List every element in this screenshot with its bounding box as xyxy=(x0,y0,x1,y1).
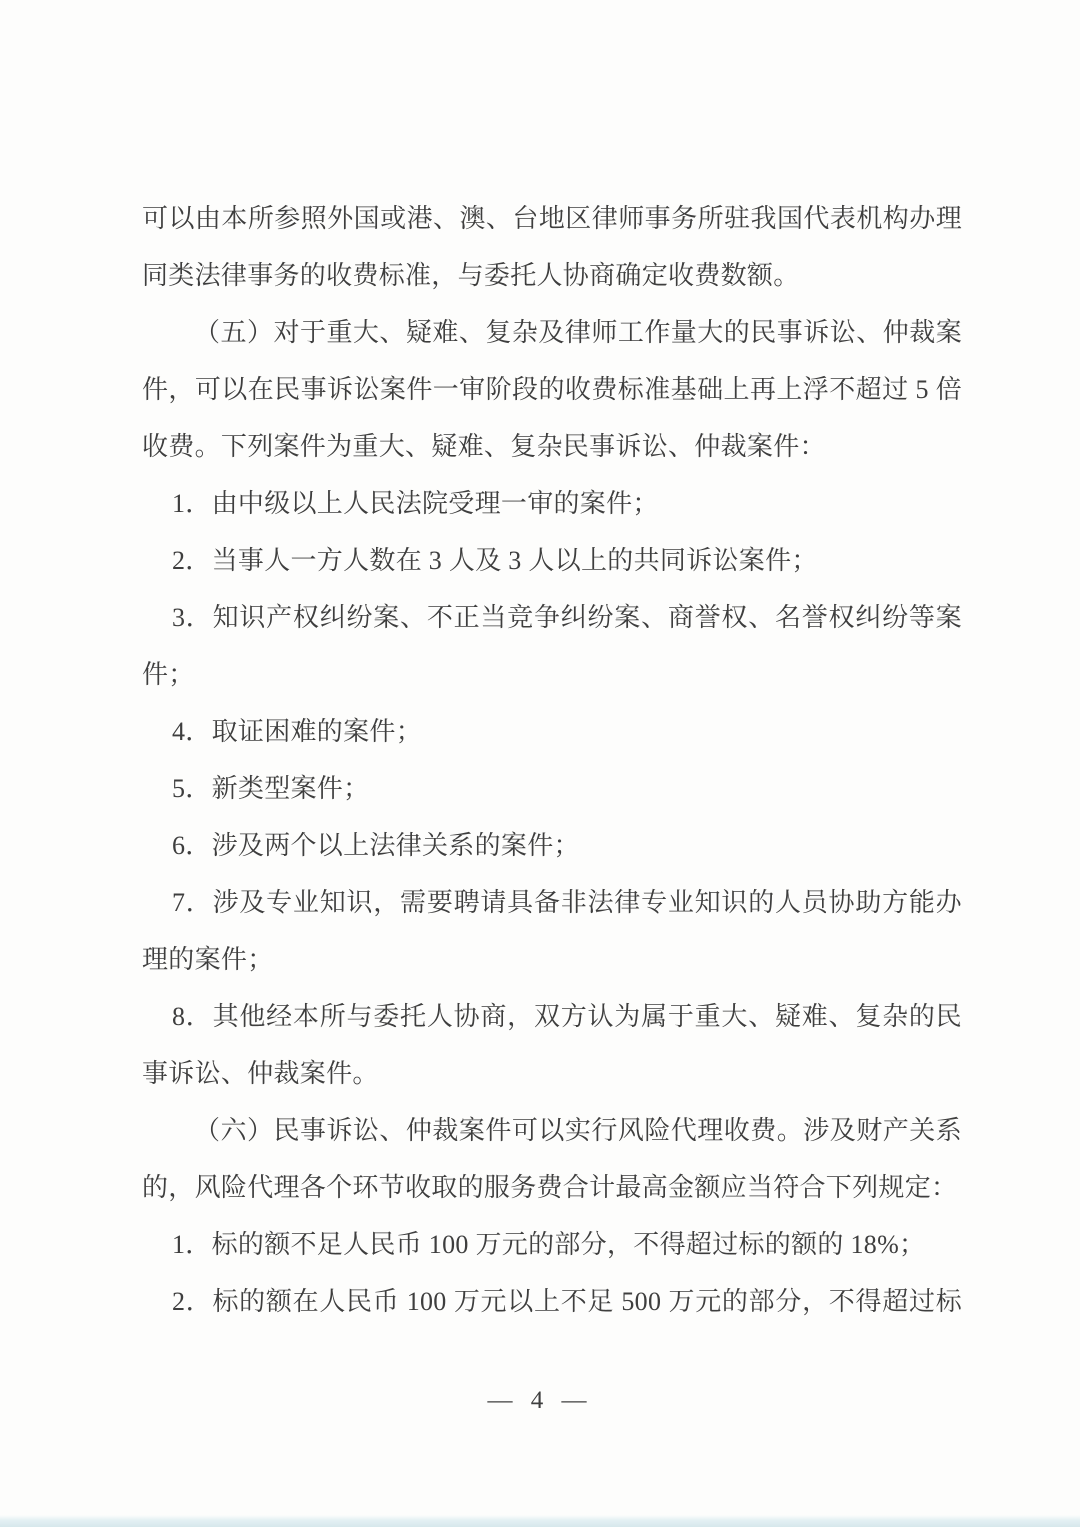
text-line: 可以由本所参照外国或港、澳、台地区律师事务所驻我国代表机构办理 xyxy=(142,190,962,247)
text-line: 收费。下列案件为重大、疑难、复杂民事诉讼、仲裁案件： xyxy=(142,418,962,475)
scanned-document-page: 可以由本所参照外国或港、澳、台地区律师事务所驻我国代表机构办理同类法律事务的收费… xyxy=(0,0,1080,1527)
text-line: 5．新类型案件； xyxy=(142,760,962,817)
document-text-block: 可以由本所参照外国或港、澳、台地区律师事务所驻我国代表机构办理同类法律事务的收费… xyxy=(142,190,962,1330)
text-line: 1．标的额不足人民币 100 万元的部分，不得超过标的额的 18%； xyxy=(142,1216,962,1273)
text-line: （六）民事诉讼、仲裁案件可以实行风险代理收费。涉及财产关系 xyxy=(142,1102,962,1159)
text-line: 2．当事人一方人数在 3 人及 3 人以上的共同诉讼案件； xyxy=(142,532,962,589)
text-line: 件； xyxy=(142,646,962,703)
text-line: 同类法律事务的收费标准，与委托人协商确定收费数额。 xyxy=(142,247,962,304)
text-line: 4．取证困难的案件； xyxy=(142,703,962,760)
page-number: — 4 — xyxy=(0,1372,1080,1429)
text-line: 件，可以在民事诉讼案件一审阶段的收费标准基础上再上浮不超过 5 倍 xyxy=(142,361,962,418)
text-line: 1．由中级以上人民法院受理一审的案件； xyxy=(142,475,962,532)
text-line: 3．知识产权纠纷案、不正当竞争纠纷案、商誉权、名誉权纠纷等案 xyxy=(142,589,962,646)
text-line: 的，风险代理各个环节收取的服务费合计最高金额应当符合下列规定： xyxy=(142,1159,962,1216)
text-line: 6．涉及两个以上法律关系的案件； xyxy=(142,817,962,874)
text-line: 理的案件； xyxy=(142,931,962,988)
text-line: 2．标的额在人民币 100 万元以上不足 500 万元的部分，不得超过标 xyxy=(142,1273,962,1330)
scan-edge-band xyxy=(0,1515,1080,1527)
text-line: （五）对于重大、疑难、复杂及律师工作量大的民事诉讼、仲裁案 xyxy=(142,304,962,361)
text-line: 事诉讼、仲裁案件。 xyxy=(142,1045,962,1102)
text-line: 7．涉及专业知识，需要聘请具备非法律专业知识的人员协助方能办 xyxy=(142,874,962,931)
text-line: 8．其他经本所与委托人协商，双方认为属于重大、疑难、复杂的民 xyxy=(142,988,962,1045)
